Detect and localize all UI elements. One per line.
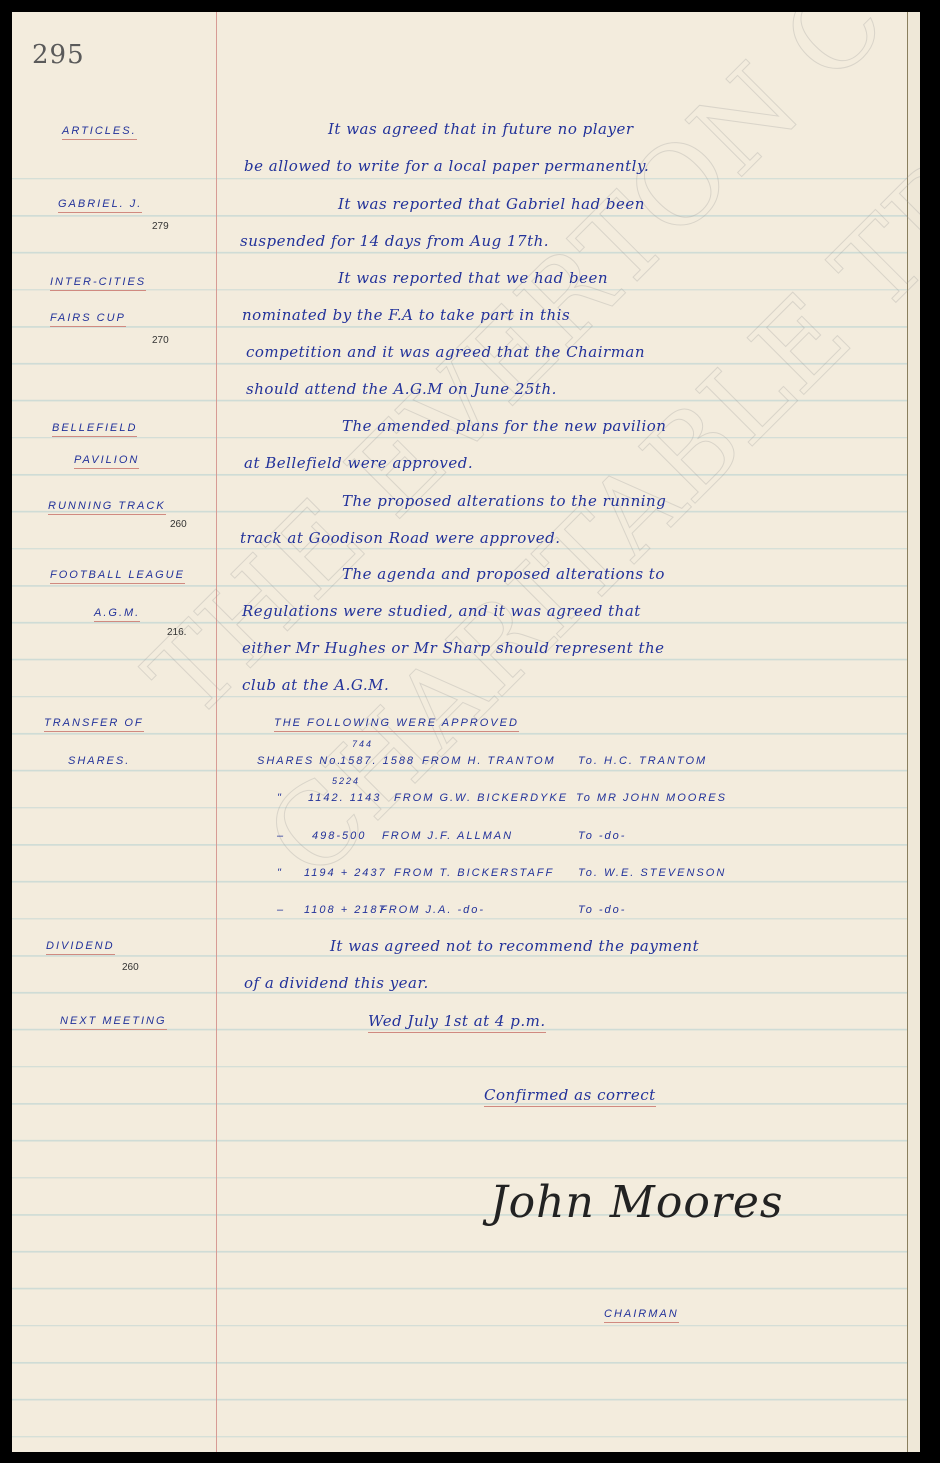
margin-note-shares: SHARES. — [68, 755, 130, 767]
minute-agm-line-3: either Mr Hughes or Mr Sharp should repr… — [242, 639, 665, 657]
share-numbers: 1587. 1588 — [340, 755, 415, 767]
share-to: To. H.C. TRANTOM — [578, 755, 707, 767]
minute-running-track-line-2: track at Goodison Road were approved. — [240, 529, 560, 547]
minute-agm-line-2: Regulations were studied, and it was agr… — [242, 602, 641, 620]
margin-note-articles: ARTICLES. — [62, 125, 137, 140]
share-numbers: 1108 + 2187 — [304, 904, 387, 916]
share-prefix: SHARES No. — [257, 755, 342, 767]
page-edge — [907, 12, 920, 1452]
chairman-signature: John Moores — [490, 1177, 783, 1228]
margin-note-inter-cities: INTER-CITIES — [50, 276, 146, 291]
share-prefix: – — [277, 830, 285, 842]
share-to: To -do- — [578, 904, 626, 916]
share-prefix: " — [277, 792, 283, 804]
share-from: FROM G.W. BICKERDYKE — [394, 792, 568, 804]
minute-dividend-line-1: It was agreed not to recommend the payme… — [330, 937, 699, 955]
next-meeting-text: Wed July 1st at 4 p.m. — [368, 1012, 546, 1033]
share-prefix: " — [277, 867, 283, 879]
minute-gabriel-line-2: suspended for 14 days from Aug 17th. — [240, 232, 549, 250]
share-from: FROM T. BICKERSTAFF — [394, 867, 554, 879]
margin-ref-gabriel: 279 — [152, 221, 169, 232]
margin-ref-running-track: 260 — [170, 519, 187, 530]
minute-agm-line-1: The agenda and proposed alterations to — [342, 565, 665, 583]
share-numbers: 498-500 — [312, 830, 366, 842]
minute-gabriel-line-1: It was reported that Gabriel had been — [338, 195, 645, 213]
margin-note-running-track: RUNNING TRACK — [48, 500, 166, 515]
minute-articles-line-1: It was agreed that in future no player — [328, 120, 634, 138]
share-from: FROM H. TRANTOM — [422, 755, 556, 767]
margin-note-football-league: FOOTBALL LEAGUE — [50, 569, 185, 584]
margin-note-agm: A.G.M. — [94, 607, 140, 622]
minute-dividend-line-2: of a dividend this year. — [244, 974, 429, 992]
confirmed-text: Confirmed as correct — [484, 1086, 656, 1107]
minute-articles-line-2: be allowed to write for a local paper pe… — [244, 157, 649, 175]
share-numbers: 1142. 1143 — [308, 792, 381, 804]
share-to: To. W.E. STEVENSON — [578, 867, 726, 879]
margin-rule — [216, 12, 217, 1452]
minute-pavilion-line-2: at Bellefield were approved. — [244, 454, 473, 472]
share-number-above: 5224 — [332, 776, 360, 786]
ledger-page: THE EVERTON COLLECTION CHARITABLE TRUST … — [12, 12, 920, 1452]
margin-ref-dividend: 260 — [122, 962, 139, 973]
margin-ref-fairs-cup: 270 — [152, 335, 169, 346]
margin-note-transfer-of: TRANSFER OF — [44, 717, 144, 732]
margin-note-pavilion: PAVILION — [74, 454, 139, 469]
margin-note-dividend: DIVIDEND — [46, 940, 115, 955]
margin-note-next-meeting: NEXT MEETING — [60, 1015, 167, 1030]
share-numbers: 1194 + 2437 — [304, 867, 387, 879]
share-from: FROM J.F. ALLMAN — [382, 830, 513, 842]
chairman-title: CHAIRMAN — [604, 1308, 679, 1323]
share-prefix: – — [277, 904, 285, 916]
margin-note-fairs-cup: FAIRS CUP — [50, 312, 126, 327]
minute-fairs-cup-line-2: nominated by the F.A to take part in thi… — [242, 306, 570, 324]
share-to: To -do- — [578, 830, 626, 842]
margin-ref-agm: 216. — [167, 627, 186, 638]
minute-agm-line-4: club at the A.G.M. — [242, 676, 389, 694]
share-from: FROM J.A. -do- — [380, 904, 485, 916]
page-number: 295 — [32, 40, 85, 70]
minute-running-track-line-1: The proposed alterations to the running — [342, 492, 666, 510]
minute-fairs-cup-line-3: competition and it was agreed that the C… — [246, 343, 645, 361]
margin-note-gabriel: GABRIEL. J. — [58, 198, 142, 213]
share-to: To MR JOHN MOORES — [576, 792, 727, 804]
share-number-above: 744 — [352, 739, 373, 749]
minute-fairs-cup-line-1: It was reported that we had been — [338, 269, 608, 287]
shares-heading: THE FOLLOWING WERE APPROVED — [274, 717, 519, 732]
minute-fairs-cup-line-4: should attend the A.G.M on June 25th. — [246, 380, 557, 398]
minute-pavilion-line-1: The amended plans for the new pavilion — [342, 417, 666, 435]
margin-note-bellefield: BELLEFIELD — [52, 422, 137, 437]
